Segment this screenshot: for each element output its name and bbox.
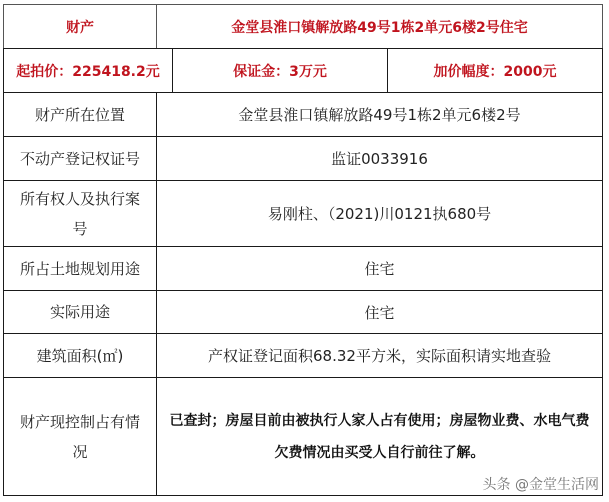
row-value: 住宅 [156, 247, 603, 290]
starting-price: 起拍价：225418.2元 [3, 49, 172, 92]
row-label: 实际用途 [3, 291, 156, 333]
table-row-certificate: 不动产登记权证号 监证0033916 [3, 136, 603, 180]
row-value: 金堂县淮口镇解放路49号1栋2单元6楼2号 [156, 93, 603, 136]
table-row-owner-case: 所有权人及执行案号 易刚柱、（2021)川0121执680号 [3, 180, 603, 246]
property-title: 金堂县淮口镇解放路49号1栋2单元6楼2号住宅 [156, 5, 603, 48]
table-row-location: 财产所在位置 金堂县淮口镇解放路49号1栋2单元6楼2号 [3, 92, 603, 136]
table-row-land-use: 所占土地规划用途 住宅 [3, 246, 603, 290]
property-auction-table: 财产 金堂县淮口镇解放路49号1栋2单元6楼2号住宅 起拍价：225418.2元… [3, 4, 603, 496]
row-value: 易刚柱、（2021)川0121执680号 [156, 181, 603, 246]
property-label: 财产 [3, 5, 156, 48]
property-header-row: 财产 金堂县淮口镇解放路49号1栋2单元6楼2号住宅 [3, 4, 603, 48]
row-label: 建筑面积(㎡) [3, 334, 156, 377]
table-row-actual-use: 实际用途 住宅 [3, 290, 603, 333]
price-row: 起拍价：225418.2元 保证金：3万元 加价幅度：2000元 [3, 48, 603, 92]
row-value: 住宅 [156, 291, 603, 333]
row-label: 财产现控制占有情况 [3, 378, 156, 495]
row-value: 监证0033916 [156, 137, 603, 180]
row-value: 产权证登记面积68.32平方米，实际面积请实地查验 [156, 334, 603, 377]
row-label: 不动产登记权证号 [3, 137, 156, 180]
deposit: 保证金：3万元 [172, 49, 387, 92]
watermark: 头条 @金堂生活网 [483, 474, 599, 494]
row-label: 所有权人及执行案号 [3, 181, 156, 246]
table-row-area: 建筑面积(㎡) 产权证登记面积68.32平方米，实际面积请实地查验 [3, 333, 603, 377]
row-label: 财产所在位置 [3, 93, 156, 136]
row-label: 所占土地规划用途 [3, 247, 156, 290]
bid-increment: 加价幅度：2000元 [387, 49, 603, 92]
